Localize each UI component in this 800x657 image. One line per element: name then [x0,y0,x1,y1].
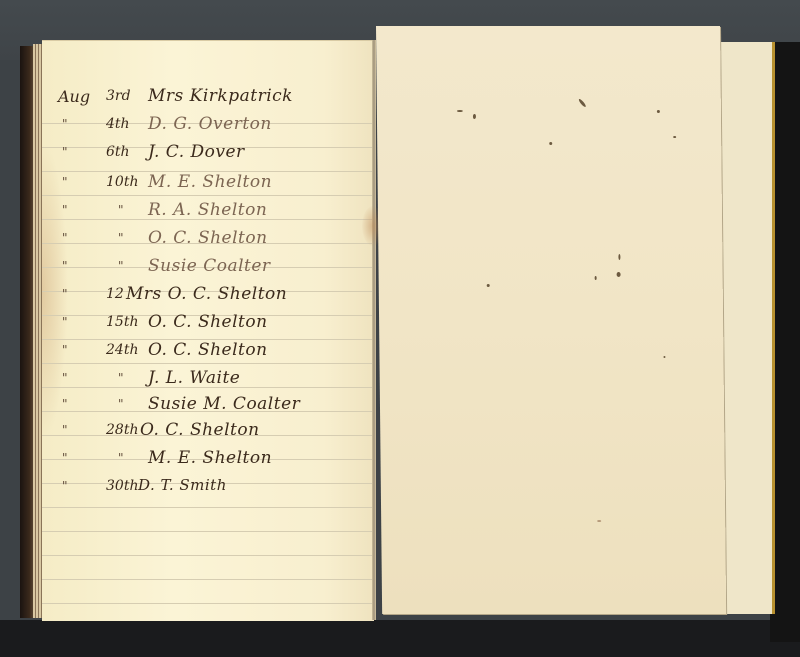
ledger-entry: " " O. C. Shelton [42,227,372,251]
entry-name: D. T. Smith [138,476,227,494]
entry-name: O. C. Shelton [148,312,268,332]
entry-day-ditto: " [118,203,124,217]
paper-speck [578,98,587,108]
ledger-entry: " " Susie Coalter [42,255,372,279]
entry-name: O. C. Shelton [140,420,260,440]
entry-name: J. C. Dover [148,142,245,162]
ledger-entry: " 15th O. C. Shelton [42,311,372,335]
paper-speck [457,110,463,112]
ruled-line [42,555,374,556]
entry-day: 4th [106,116,130,132]
entry-month-ditto: " [62,117,68,131]
entry-name: D. G. Overton [148,114,272,134]
entry-name: M. E. Shelton [148,172,272,192]
entry-month-ditto: " [62,259,68,273]
background-bottom [0,620,800,657]
entry-name: J. L. Waite [148,368,240,388]
paper-speck [618,254,620,260]
entry-month-ditto: " [62,145,68,159]
book-gutter [372,40,376,620]
entry-month-ditto: " [62,343,68,357]
entry-name: Mrs Kirkpatrick [148,86,293,106]
ledger-entry: " " J. L. Waite [42,367,372,391]
right-page-blank [376,26,726,614]
entry-month-ditto: " [62,371,68,385]
entry-name: Susie Coalter [148,256,271,276]
ruled-line [42,507,374,508]
paper-speck [663,356,665,358]
paper-speck [597,520,601,522]
ledger-entry: " " Susie M. Coalter [42,393,372,417]
entry-name: O. C. Shelton [148,340,268,360]
entry-month-ditto: " [62,203,68,217]
ruled-line [42,531,374,532]
entry-name: O. C. Shelton [148,228,268,248]
entry-month-ditto: " [62,397,68,411]
entry-day: 24th [106,342,138,358]
entry-month-ditto: " [62,451,68,465]
entry-month-ditto: " [62,315,68,329]
entry-day-ditto: " [118,371,124,385]
entry-day-ditto: " [118,259,124,273]
entry-day: 28th [106,422,138,438]
paper-speck [487,284,490,287]
entry-day: 6th [106,144,130,160]
entry-month-ditto: " [62,479,68,493]
ruled-line [42,603,374,604]
ledger-entry: " 12 Mrs O. C. Shelton [42,283,372,307]
entry-month-ditto: " [62,175,68,189]
paper-speck [673,136,676,138]
paper-speck [657,110,660,113]
entry-month-ditto: " [62,231,68,245]
paper-speck [617,272,621,277]
entry-month: Aug [58,87,90,106]
entry-month-ditto: " [62,423,68,437]
entry-month-ditto: " [62,287,68,301]
ledger-entry: " " M. E. Shelton [42,447,372,471]
entry-day: 12 [106,286,124,302]
ledger-entry: " 30th D. T. Smith [42,475,372,499]
ledger-entry: " 6th J. C. Dover [42,141,372,165]
paper-speck [595,276,597,280]
ledger-entry: " " R. A. Shelton [42,199,372,223]
entry-day: 15th [106,314,138,330]
ledger-entry: " 24th O. C. Shelton [42,339,372,363]
paper-speck [549,142,552,145]
ruled-line [42,579,374,580]
entry-day-ditto: " [118,231,124,245]
ruled-line [42,363,374,364]
left-page: Aug 3rd Mrs Kirkpatrick " 4th D. G. Over… [42,40,374,621]
ledger-entry: Aug 3rd Mrs Kirkpatrick [42,85,372,109]
entry-name: Susie M. Coalter [148,394,300,414]
entry-name: Mrs O. C. Shelton [126,284,287,304]
ruled-line [42,195,374,196]
ledger-entry: " 4th D. G. Overton [42,113,372,137]
paper-speck [473,114,476,119]
entry-day-ditto: " [118,397,124,411]
entry-name: M. E. Shelton [148,448,272,468]
entry-name: R. A. Shelton [148,200,267,220]
entry-day-ditto: " [118,451,124,465]
entry-day: 3rd [106,88,131,104]
ledger-entry: " 28th O. C. Shelton [42,419,372,443]
entry-day: 30th [106,478,138,494]
entry-day: 10th [106,174,138,190]
ledger-entry: " 10th M. E. Shelton [42,171,372,195]
